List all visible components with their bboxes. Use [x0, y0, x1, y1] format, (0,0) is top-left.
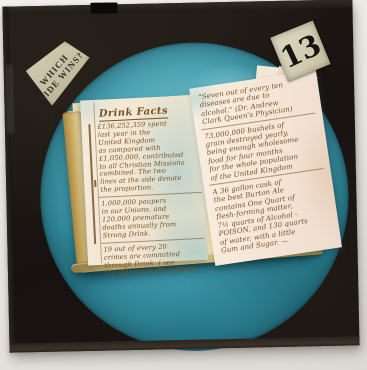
slide-left-edge — [2, 7, 15, 353]
photo-backdrop: Drink Facts £136,252,359 spentlast year … — [0, 0, 367, 370]
handwritten-section: 1,000,000 paupersin our Unions, and120,0… — [101, 196, 204, 240]
handwritten-section: A 36 gallon cask ofthe best Burton Aleco… — [212, 172, 334, 255]
left-page: Drink Facts £136,252,359 spentlast year … — [80, 95, 208, 266]
proportion-line-short — [94, 180, 96, 187]
binding-tape — [90, 2, 117, 13]
slide-number: 13 — [275, 27, 326, 75]
lantern-slide: Drink Facts £136,252,359 spentlast year … — [2, 0, 359, 353]
page-title: Drink Facts — [99, 105, 169, 121]
notebook: Drink Facts £136,252,359 spentlast year … — [58, 71, 327, 282]
slide-top-edge — [2, 0, 352, 15]
handwritten-section: £136,252,359 spentlast year in theUnited… — [97, 119, 201, 195]
right-page: "Seven out of every tendiseases are due … — [189, 70, 342, 266]
handwritten-section: 19 out of every 20crimes are committedth… — [103, 241, 205, 278]
frame-wear-mark — [6, 65, 14, 135]
